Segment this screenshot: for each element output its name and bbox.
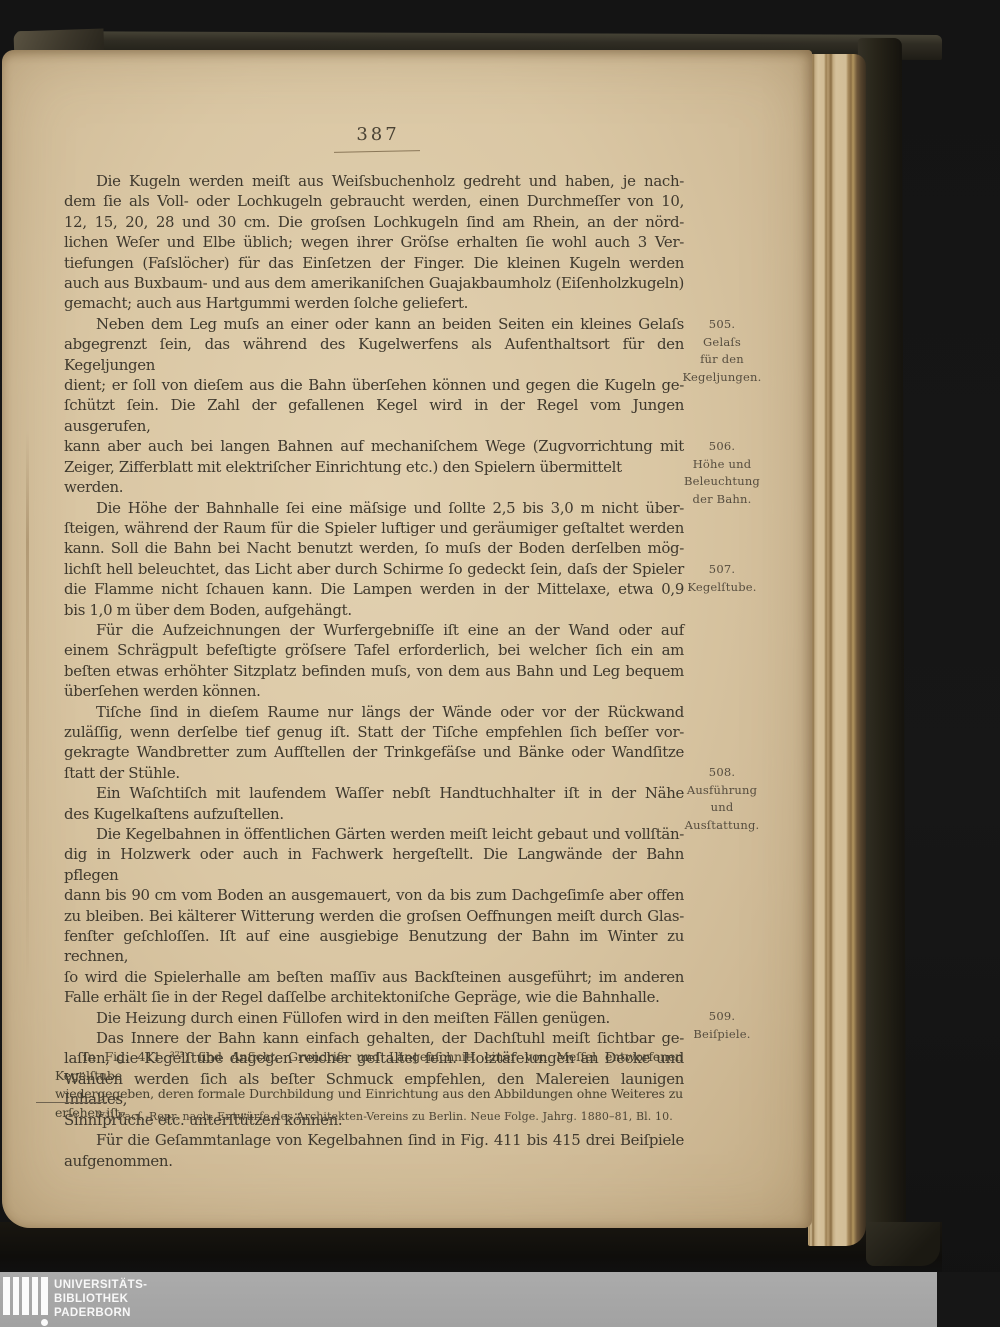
bar-right-dark-area [937,1272,1000,1327]
paragraph-last-line: gemacht; auch aus Hartgummi werden ſolch… [64,293,684,313]
book-bottom-shadow [0,1222,942,1272]
paragraph: Die Heizung durch einen Füllofen wird in… [64,1008,684,1028]
footnote-rule [36,1102,106,1103]
paragraph: Die Kugeln werden meiſt aus Weiſsbuchenh… [64,171,684,314]
paragraph-lines: Die Kegelbahnen in öffentlichen Gärten w… [64,824,684,987]
paragraph-lines: Für die Geſammtanlage von Kegelbahnen ſi… [64,1130,684,1150]
paragraph-lines: Neben dem Leg muſs an einer oder kann an… [64,314,684,457]
paragraph-lines: Die Höhe der Bahnhalle ſei eine mäſsige … [64,498,684,600]
paragraph: Für die Geſammtanlage von Kegelbahnen ſi… [64,1130,684,1171]
body-text-block: Die Kugeln werden meiſt aus Weiſsbuchenh… [64,171,684,1171]
library-logo-dot [41,1319,48,1326]
paragraph-last-line: ſtatt der Stühle. [64,763,684,783]
paragraph: Die Höhe der Bahnhalle ſei eine mäſsige … [64,498,684,620]
margin-note-509: 509. Beiſpiele. [672,1008,772,1043]
page-stack-fore-edge [808,54,866,1246]
paragraph-last-line: aufgenommen. [64,1151,684,1171]
paragraph-lines: In Fig. 411 ³⁷³) ſind Anſicht, Grundriſs… [55,1048,683,1104]
library-logo-icon [3,1277,53,1325]
paragraph: Neben dem Leg muſs an einer oder kann an… [64,314,684,498]
paragraph-lines: Die Kugeln werden meiſt aus Weiſsbuchenh… [64,171,684,293]
library-name: UNIVERSITÄTS- BIBLIOTHEK PADERBORN [54,1279,147,1320]
margin-note-505: 505. Gelaſs für den Kegeljungen. [672,316,772,386]
margin-note-508: 508. Ausführung und Ausſtattung. [672,764,772,834]
paragraph: Die Kegelbahnen in öffentlichen Gärten w… [64,824,684,1008]
paragraph-last-line: Zeiger, Zifferblatt mit elektriſcher Ein… [64,457,684,498]
footnote-text: ³⁷³) Facſ.-Repr. nach: Entwürfe des Arch… [96,1110,676,1123]
paragraph-lines: Ein Waſchtiſch mit laufendem Waſſer nebſ… [64,783,684,803]
paragraph: Tiſche ſind in dieſem Raume nur längs de… [64,702,684,784]
paragraph-lines: Für die Aufzeichnungen der Wurfergebniſſ… [64,620,684,681]
library-watermark-bar: UNIVERSITÄTS- BIBLIOTHEK PADERBORN [0,1272,937,1327]
book-cover-corner-bottom-right [866,1222,940,1266]
margin-note-507: 507. Kegelſtube. [672,561,772,596]
page-number: 387 [336,124,420,145]
paragraph-last-line: Die Heizung durch einen Füllofen wird in… [64,1008,684,1028]
paragraph-last-line: überſehen werden können. [64,681,684,701]
paragraph-last-line: des Kugelkaſtens aufzuſtellen. [64,804,684,824]
paragraph: Ein Waſchtiſch mit laufendem Waſſer nebſ… [64,783,684,824]
margin-note-506: 506. Höhe und Beleuchtung der Bahn. [672,438,772,508]
paragraph-lines: Tiſche ſind in dieſem Raume nur längs de… [64,702,684,763]
paragraph-last-line: Falle erhält ſie in der Regel daſſelbe a… [64,987,684,1007]
scanned-book-photo: 387 Die Kugeln werden meiſt aus Weiſsbuc… [0,0,1000,1327]
paragraph: Für die Aufzeichnungen der Wurfergebniſſ… [64,620,684,702]
paragraph-last-line: bis 1,0 m über dem Boden, aufgehängt. [64,600,684,620]
page-crease [26,430,29,990]
